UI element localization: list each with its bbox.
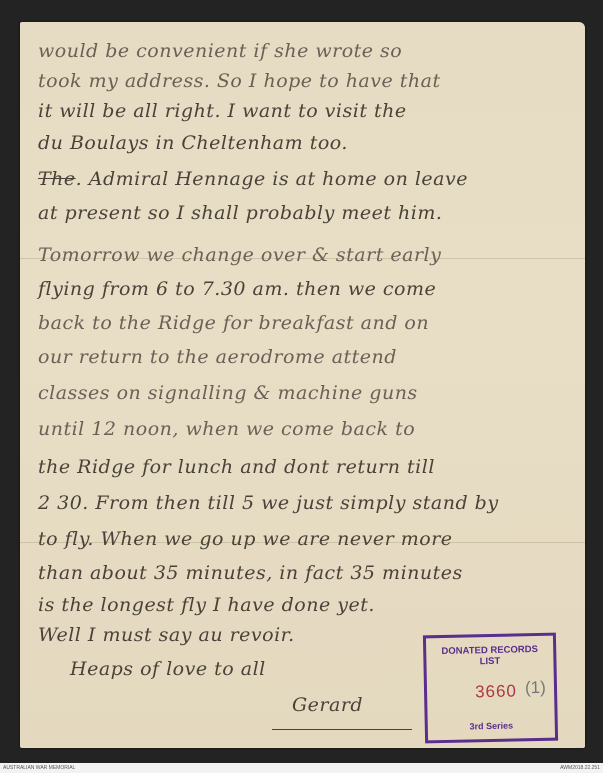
stamp-title: DONATED RECORDS LIST	[430, 644, 549, 668]
struck-word: The	[38, 168, 76, 190]
archive-footer: AUSTRALIAN WAR MEMORIAL AWM2018.22.251	[0, 763, 603, 773]
closing-line: Heaps of love to all	[70, 658, 266, 680]
letter-line: it will be all right. I want to visit th…	[38, 100, 407, 122]
letter-line: flying from 6 to 7.30 am. then we come	[38, 278, 436, 300]
stamp-number: 3660	[475, 681, 517, 702]
letter-line: until 12 noon, when we come back to	[38, 418, 415, 440]
footer-institution: AUSTRALIAN WAR MEMORIAL	[3, 765, 75, 771]
letter-line: took my address. So I hope to have that	[38, 70, 441, 92]
letter-line: our return to the aerodrome attend	[38, 346, 397, 368]
letter-line: than about 35 minutes, in fact 35 minute…	[38, 562, 463, 584]
stamp-suffix: (1)	[525, 678, 546, 698]
donated-records-stamp: DONATED RECORDS LIST 3660 (1) 3rd Series	[423, 633, 558, 744]
letter-line: to fly. When we go up we are never more	[38, 528, 453, 550]
letter-line: Well I must say au revoir.	[38, 624, 295, 646]
signature: Gerard	[292, 694, 363, 716]
letter-line: du Boulays in Cheltenham too.	[38, 132, 348, 154]
letter-line: 2 30. From then till 5 we just simply st…	[38, 492, 499, 514]
letter-line: the Ridge for lunch and dont return till	[38, 456, 435, 478]
letter-line: Tomorrow we change over & start early	[38, 244, 441, 266]
letter-line: is the longest fly I have done yet.	[38, 594, 375, 616]
letter-line: The. Admiral Hennage is at home on leave	[38, 168, 468, 190]
signature-underline	[272, 729, 412, 730]
letter-line: at present so I shall probably meet him.	[38, 202, 442, 224]
stamp-series: 3rd Series	[428, 720, 555, 733]
letter-line: back to the Ridge for breakfast and on	[38, 312, 429, 334]
footer-accession-id: AWM2018.22.251	[560, 765, 600, 771]
letter-line: classes on signalling & machine guns	[38, 382, 418, 404]
letter-line: would be convenient if she wrote so	[38, 40, 402, 62]
